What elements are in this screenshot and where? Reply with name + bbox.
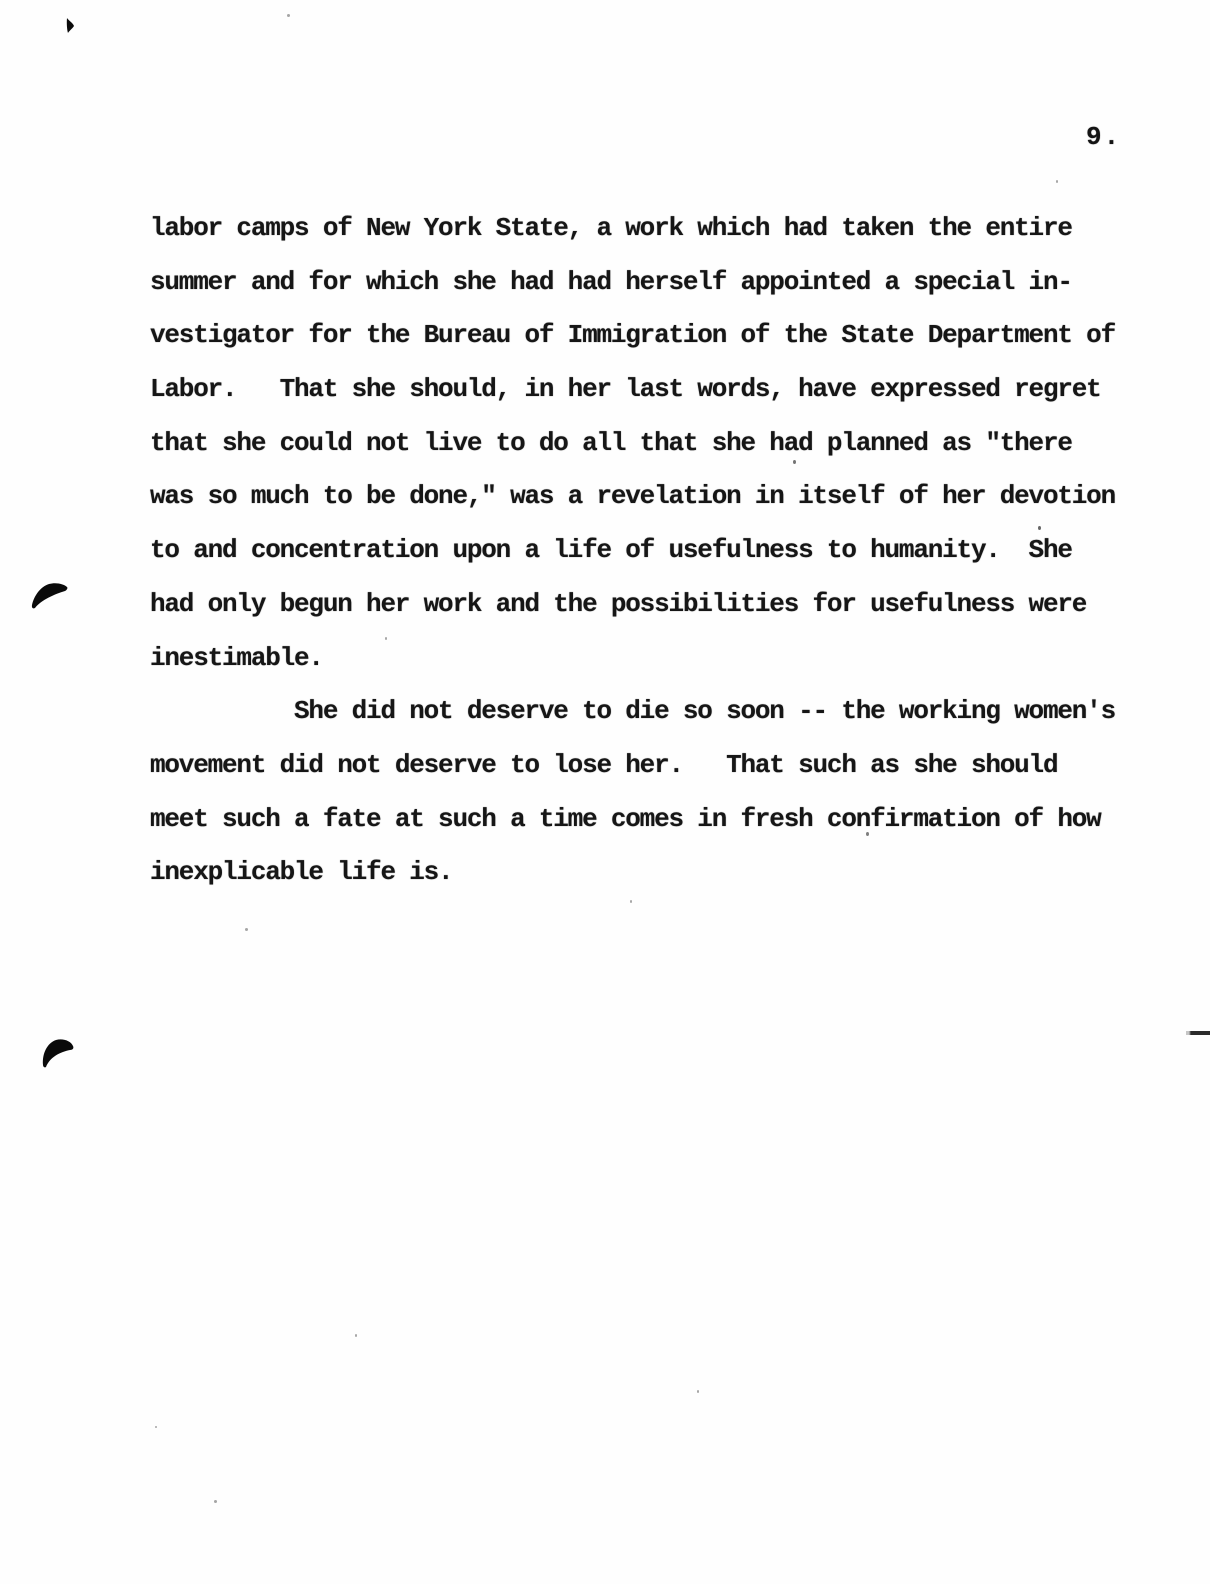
text-line-2: summer and for which she had had herself… [150, 256, 1160, 310]
ink-speck [630, 900, 632, 903]
ink-smudge-icon [31, 582, 69, 610]
ink-flag-mark-icon [66, 17, 76, 35]
ink-speck [245, 928, 248, 931]
ink-speck [866, 832, 869, 836]
page-number: 9. [1086, 122, 1121, 152]
text-line-6: was so much to be done," was a revelatio… [150, 470, 1160, 524]
scan-edge-dash [1186, 1031, 1210, 1035]
text-line-4: Labor. That she should, in her last word… [150, 363, 1160, 417]
ink-speck [697, 1390, 699, 1393]
ink-speck [355, 1334, 357, 1337]
ink-speck [385, 637, 387, 640]
ink-smudge-icon [41, 1038, 75, 1068]
ink-speck [287, 14, 290, 17]
ink-speck [1038, 526, 1041, 530]
text-line-1: labor camps of New York State, a work wh… [150, 202, 1160, 256]
ink-speck [214, 1500, 217, 1503]
text-line-8: had only begun her work and the possibil… [150, 578, 1160, 632]
text-line-12: meet such a fate at such a time comes in… [150, 793, 1160, 847]
text-line-10: She did not deserve to die so soon -- th… [150, 685, 1160, 739]
text-line-11: movement did not deserve to lose her. Th… [150, 739, 1160, 793]
text-line-9: inestimable. [150, 632, 1160, 686]
text-line-7: to and concentration upon a life of usef… [150, 524, 1160, 578]
ink-speck [793, 460, 796, 464]
ink-speck [155, 1426, 157, 1428]
document-page: 9. labor camps of New York State, a work… [0, 0, 1210, 1584]
body-text: labor camps of New York State, a work wh… [150, 202, 1160, 900]
text-line-5: that she could not live to do all that s… [150, 417, 1160, 471]
ink-speck [1056, 180, 1058, 183]
text-line-3: vestigator for the Bureau of Immigration… [150, 309, 1160, 363]
text-line-13: inexplicable life is. [150, 846, 1160, 900]
